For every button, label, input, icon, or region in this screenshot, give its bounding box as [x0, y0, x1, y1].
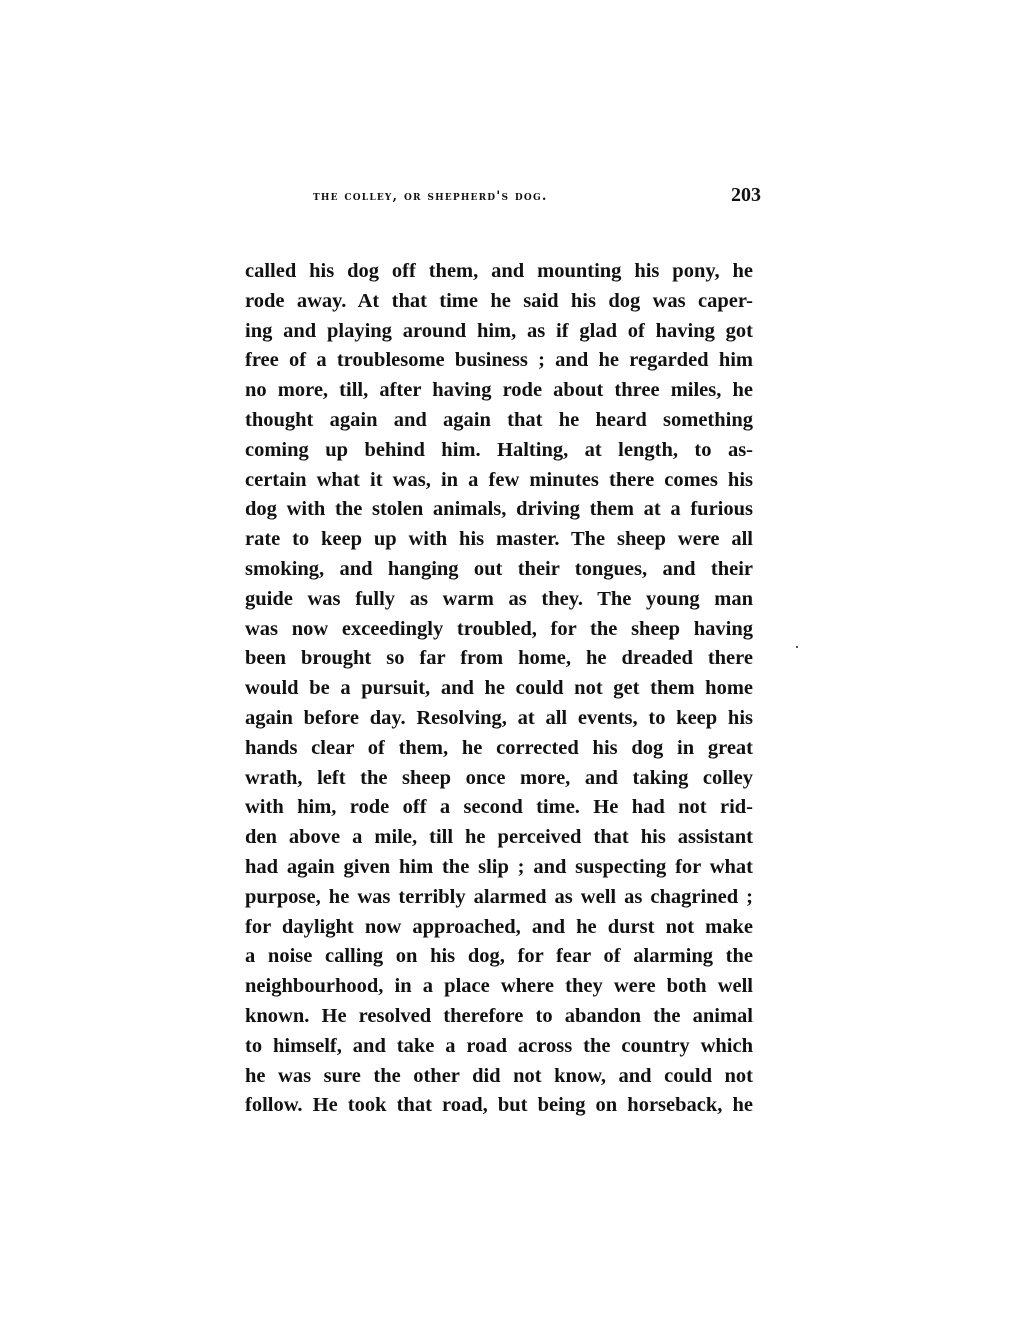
running-title: THE COLLEY, OR SHEPHERD'S DOG. — [313, 189, 548, 204]
text-line: been brought so far from home, he dreade… — [245, 644, 753, 674]
text-line: to himself, and take a road across the c… — [245, 1032, 753, 1062]
text-line: coming up behind him. Halting, at length… — [245, 436, 753, 466]
text-line: had again given him the slip ; and suspe… — [245, 853, 753, 883]
text-line: dog with the stolen animals, driving the… — [245, 495, 753, 525]
book-page: THE COLLEY, OR SHEPHERD'S DOG. 203 calle… — [0, 0, 1033, 1339]
text-line: for daylight now approached, and he durs… — [245, 913, 753, 943]
text-line: would be a pursuit, and he could not get… — [245, 674, 753, 704]
text-line: again before day. Resolving, at all even… — [245, 704, 753, 734]
text-line: wrath, left the sheep once more, and tak… — [245, 764, 753, 794]
text-line: was now exceedingly troubled, for the sh… — [245, 615, 753, 645]
text-line: free of a troublesome business ; and he … — [245, 346, 753, 376]
text-line: hands clear of them, he corrected his do… — [245, 734, 753, 764]
text-line: ing and playing around him, as if glad o… — [245, 317, 753, 347]
text-line: with him, rode off a second time. He had… — [245, 793, 753, 823]
text-line: purpose, he was terribly alarmed as well… — [245, 883, 753, 913]
text-line: no more, till, after having rode about t… — [245, 376, 753, 406]
text-line: certain what it was, in a few minutes th… — [245, 466, 753, 496]
running-head: THE COLLEY, OR SHEPHERD'S DOG. 203 — [313, 184, 761, 210]
text-line: rate to keep up with his master. The she… — [245, 525, 753, 555]
text-line: neighbourhood, in a place where they wer… — [245, 972, 753, 1002]
text-line: he was sure the other did not know, and … — [245, 1062, 753, 1092]
text-line: follow. He took that road, but being on … — [245, 1091, 753, 1121]
body-text: called his dog off them, and mounting hi… — [245, 257, 753, 1121]
text-line: guide was fully as warm as they. The you… — [245, 585, 753, 615]
text-line: known. He resolved therefore to abandon … — [245, 1002, 753, 1032]
text-line: smoking, and hanging out their tongues, … — [245, 555, 753, 585]
text-line: called his dog off them, and mounting hi… — [245, 257, 753, 287]
text-line: thought again and again that he heard so… — [245, 406, 753, 436]
page-number: 203 — [731, 184, 761, 207]
text-line: den above a mile, till he perceived that… — [245, 823, 753, 853]
text-line: rode away. At that time he said his dog … — [245, 287, 753, 317]
scan-speck — [796, 646, 798, 648]
text-line: a noise calling on his dog, for fear of … — [245, 942, 753, 972]
